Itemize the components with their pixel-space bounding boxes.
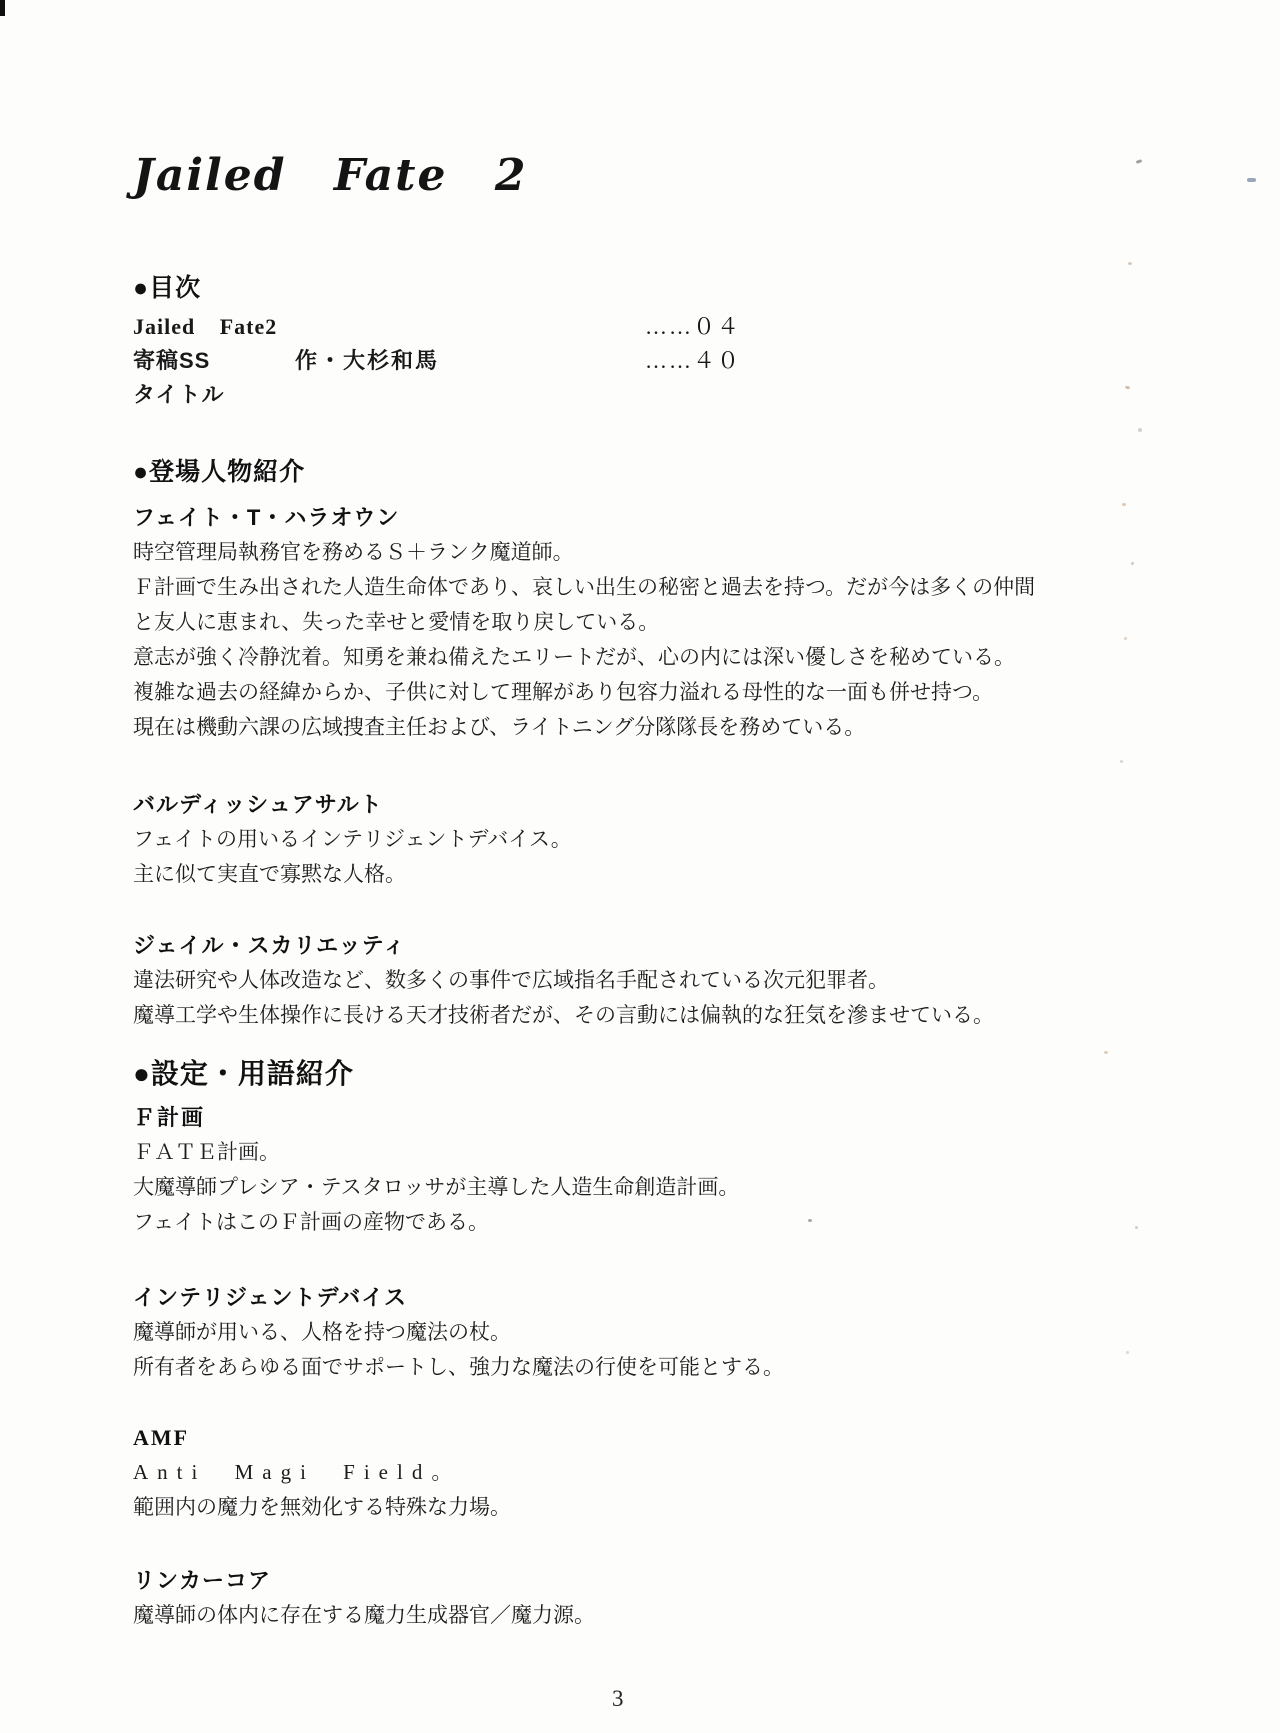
character-entry: バルディッシュアサルト フェイトの用いるインテリジェントデバイス。 主に似て実直… [133, 787, 1143, 892]
character-description-line: 意志が強く冷静沈着。知勇を兼ね備えたエリートだが、心の内には深い優しさを秘めてい… [133, 640, 1143, 675]
glossary-heading: ●設定・用語紹介 [133, 1056, 1143, 1092]
toc-row: 寄稿SS 作・大杉和馬 ……４０ [133, 344, 1033, 378]
glossary-definition-line: 所有者をあらゆる面でサポートし、強力な魔法の行使を可能とする。 [133, 1350, 1143, 1385]
toc-row-label: 寄稿SS [133, 348, 210, 373]
character-description-line: 現在は機動六課の広域捜査主任および、ライトニング分隊隊長を務めている。 [133, 710, 1143, 745]
toc-row-page: ……４０ [645, 344, 741, 378]
glossary-entry: Ｆ計画 ＦＡＴＥ計画。 大魔導師プレシア・テスタロッサが主導した人造生命創造計画… [133, 1100, 1143, 1240]
scan-speck [1136, 159, 1143, 164]
character-description-line: と友人に恵まれ、失った幸せと愛情を取り戻している。 [133, 605, 1143, 640]
character-description-line: 主に似て実直で寡黙な人格。 [133, 857, 1143, 892]
glossary-section: ●設定・用語紹介 Ｆ計画 ＦＡＴＥ計画。 大魔導師プレシア・テスタロッサが主導し… [133, 1056, 1143, 1633]
glossary-definition-line: 範囲内の魔力を無効化する特殊な力場。 [133, 1490, 1143, 1525]
character-description-line: 魔導工学や生体操作に長ける天才技術者だが、その言動には偏執的な狂気を滲ませている… [133, 998, 1143, 1033]
scan-speck [1247, 178, 1256, 182]
characters-heading: ●登場人物紹介 [133, 456, 1143, 488]
character-description-line: Ｆ計画で生み出された人造生命体であり、哀しい出生の秘密と過去を持つ。だが今は多く… [133, 570, 1143, 605]
glossary-definition-line: 魔導師の体内に存在する魔力生成器官／魔力源。 [133, 1598, 1143, 1633]
toc-row-label: タイトル [133, 382, 225, 407]
character-entry: フェイト・T・ハラオウン 時空管理局執務官を務めるＳ＋ランク魔道師。 Ｆ計画で生… [133, 500, 1143, 745]
glossary-term: AMF [133, 1420, 1143, 1455]
scanned-document-page: Jailed Fate 2 ●目次 Jailed Fate2 ……０４ 寄稿SS… [0, 0, 1280, 1733]
scan-speck [1104, 1051, 1108, 1054]
glossary-definition-line: フェイトはこのＦ計画の産物である。 [133, 1205, 1143, 1240]
toc-heading: ●目次 [133, 272, 1033, 304]
character-description-line: 時空管理局執務官を務めるＳ＋ランク魔道師。 [133, 535, 1143, 570]
toc-row: Jailed Fate2 ……０４ [133, 310, 1033, 344]
scan-corner-artifact [0, 0, 5, 16]
glossary-entry: リンカーコア 魔導師の体内に存在する魔力生成器官／魔力源。 [133, 1563, 1143, 1633]
character-name: バルディッシュアサルト [133, 787, 1143, 822]
glossary-entry: インテリジェントデバイス 魔導師が用いる、人格を持つ魔法の杖。 所有者をあらゆる… [133, 1280, 1143, 1385]
character-name: フェイト・T・ハラオウン [133, 500, 1143, 535]
character-description-line: フェイトの用いるインテリジェントデバイス。 [133, 822, 1143, 857]
toc-row-author: 作・大杉和馬 [295, 344, 439, 378]
character-description-line: 違法研究や人体改造など、数多くの事件で広域指名手配されている次元犯罪者。 [133, 963, 1143, 998]
document-title: Jailed Fate 2 [133, 150, 527, 201]
glossary-entry: AMF Anti Magi Field。 範囲内の魔力を無効化する特殊な力場。 [133, 1420, 1143, 1525]
scan-speck [1138, 428, 1142, 432]
glossary-term: Ｆ計画 [133, 1100, 1143, 1135]
characters-section: ●登場人物紹介 フェイト・T・ハラオウン 時空管理局執務官を務めるＳ＋ランク魔道… [133, 456, 1143, 1033]
character-name: ジェイル・スカリエッティ [133, 928, 1143, 963]
glossary-definition-line: 魔導師が用いる、人格を持つ魔法の杖。 [133, 1315, 1143, 1350]
toc-row-page: ……０４ [645, 310, 741, 344]
toc-row-label: Jailed Fate2 [133, 314, 277, 339]
toc-row: タイトル [133, 378, 1033, 412]
glossary-definition-line: Anti Magi Field。 [133, 1455, 1143, 1490]
character-description-line: 複雑な過去の経緯からか、子供に対して理解があり包容力溢れる母性的な一面も併せ持つ… [133, 675, 1143, 710]
glossary-term: インテリジェントデバイス [133, 1280, 1143, 1315]
glossary-definition-line: 大魔導師プレシア・テスタロッサが主導した人造生命創造計画。 [133, 1170, 1143, 1205]
character-entry: ジェイル・スカリエッティ 違法研究や人体改造など、数多くの事件で広域指名手配され… [133, 928, 1143, 1033]
scan-speck [1128, 262, 1132, 265]
glossary-term: リンカーコア [133, 1563, 1143, 1598]
glossary-definition-line: ＦＡＴＥ計画。 [133, 1135, 1143, 1170]
toc-rows: Jailed Fate2 ……０４ 寄稿SS 作・大杉和馬 ……４０ タイトル [133, 310, 1033, 412]
table-of-contents: ●目次 Jailed Fate2 ……０４ 寄稿SS 作・大杉和馬 ……４０ タ… [133, 272, 1033, 412]
page-number: 3 [612, 1686, 624, 1712]
scan-speck [1125, 385, 1131, 389]
